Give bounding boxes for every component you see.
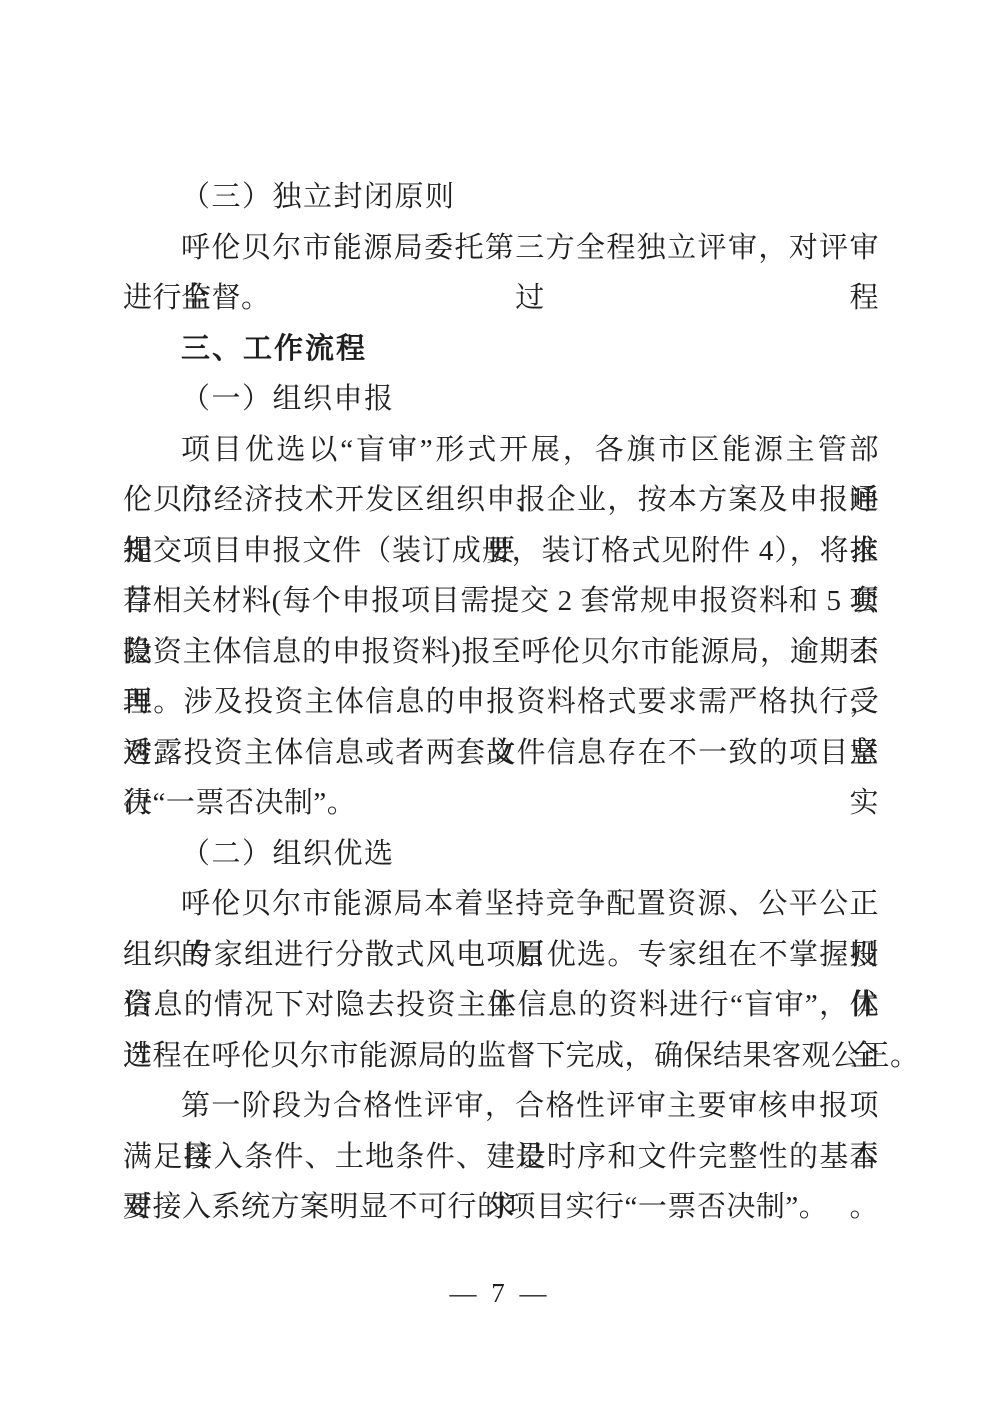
paragraph-line: 第一阶段为合格性评审，合格性评审主要审核申报项目是否 [123, 1081, 879, 1132]
paragraph-line: 对接入系统方案明显不可行的项目实行“一票否决制”。 [123, 1182, 879, 1233]
paragraph-line: 过程在呼伦贝尔市能源局的监督下完成，确保结果客观公正。 [123, 1031, 879, 1082]
paragraph-line: 呼伦贝尔市能源局本着坚持竞争配置资源、公平公正的原则 [123, 879, 879, 930]
section-heading-3: （三）独立封闭原则 [123, 172, 879, 223]
section-heading-1: （一）组织申报 [123, 374, 879, 425]
paragraph-line: 项目优选以“盲审”形式开展，各旗市区能源主管部门、呼 [123, 425, 879, 476]
document-page: （三）独立封闭原则 呼伦贝尔市能源局委托第三方全程独立评审，对评审全过程 进行监… [0, 0, 1000, 1413]
paragraph-line: 呼伦贝尔市能源局委托第三方全程独立评审，对评审全过程 [123, 223, 879, 274]
chapter-heading: 三、工作流程 [123, 324, 879, 375]
paragraph-line: 伦贝尔经济技术开发区组织申报企业，按本方案及申报通知要求 [123, 475, 879, 526]
paragraph-line: 目相关材料(每个申报项目需提交 2 套常规申报资料和 5 套隐去 [123, 576, 879, 627]
paragraph-line: 透露投资主体信息或者两套文件信息存在不一致的项目坚决实 [123, 728, 879, 779]
section-heading-2: （二）组织优选 [123, 829, 879, 880]
page-number: — 7 — [0, 1278, 1000, 1309]
paragraph-line: 理。涉及投资主体信息的申报资料格式要求需严格执行，对故意 [123, 677, 879, 728]
paragraph-line: 组织专家组进行分散式风电项目优选。专家组在不掌握投资主体 [123, 930, 879, 981]
paragraph-line: 信息的情况下对隐去投资主体信息的资料进行“盲审”，优选全 [123, 980, 879, 1031]
paragraph-line: 投资主体信息的申报资料)报至呼伦贝尔市能源局，逾期不再受 [123, 627, 879, 678]
paragraph-line: 提交项目申报文件（装订成册，装订格式见附件 4），将推荐项 [123, 526, 879, 577]
document-body: （三）独立封闭原则 呼伦贝尔市能源局委托第三方全程独立评审，对评审全过程 进行监… [123, 172, 879, 1233]
paragraph-line: 满足接入条件、土地条件、建设时序和文件完整性的基本要求。 [123, 1132, 879, 1183]
